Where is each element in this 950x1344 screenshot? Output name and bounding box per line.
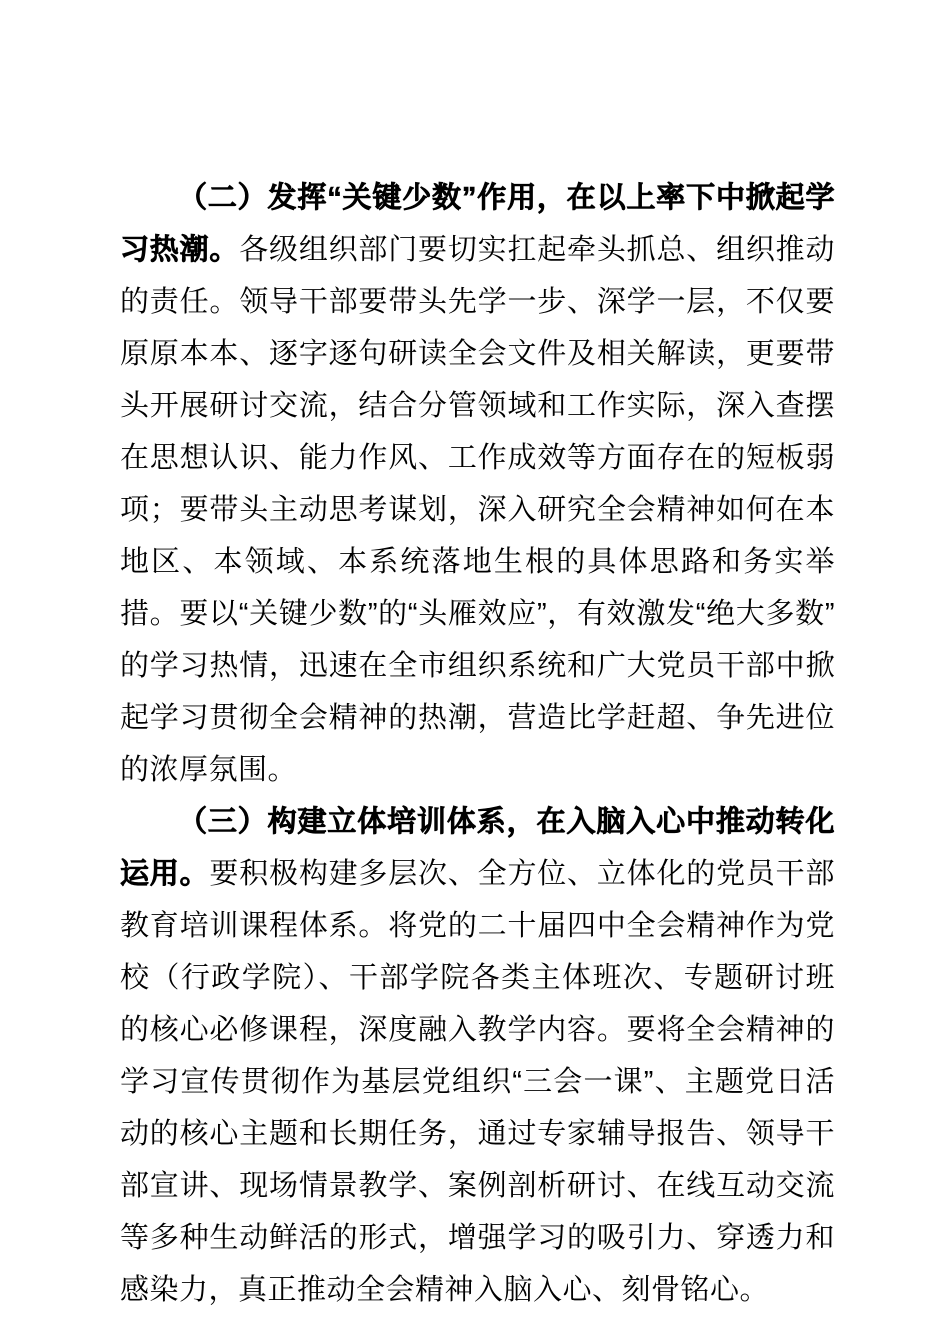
paragraph-section-2: （二）发挥“关键少数”作用，在以上率下中掀起学习热潮。各级组织部门要切实扛起牵头… [120, 172, 835, 796]
section-2-body-text: 各级组织部门要切实扛起牵头抓总、组织推动的责任。领导干部要带头先学一步、深学一层… [120, 234, 835, 786]
paragraph-section-3: （三）构建立体培训体系，在入脑入心中推动转化运用。要积极构建多层次、全方位、立体… [120, 796, 835, 1316]
document-page: （二）发挥“关键少数”作用，在以上率下中掀起学习热潮。各级组织部门要切实扛起牵头… [0, 0, 950, 1344]
section-3-body-text: 要积极构建多层次、全方位、立体化的党员干部教育培训课程体系。将党的二十届四中全会… [120, 858, 835, 1306]
